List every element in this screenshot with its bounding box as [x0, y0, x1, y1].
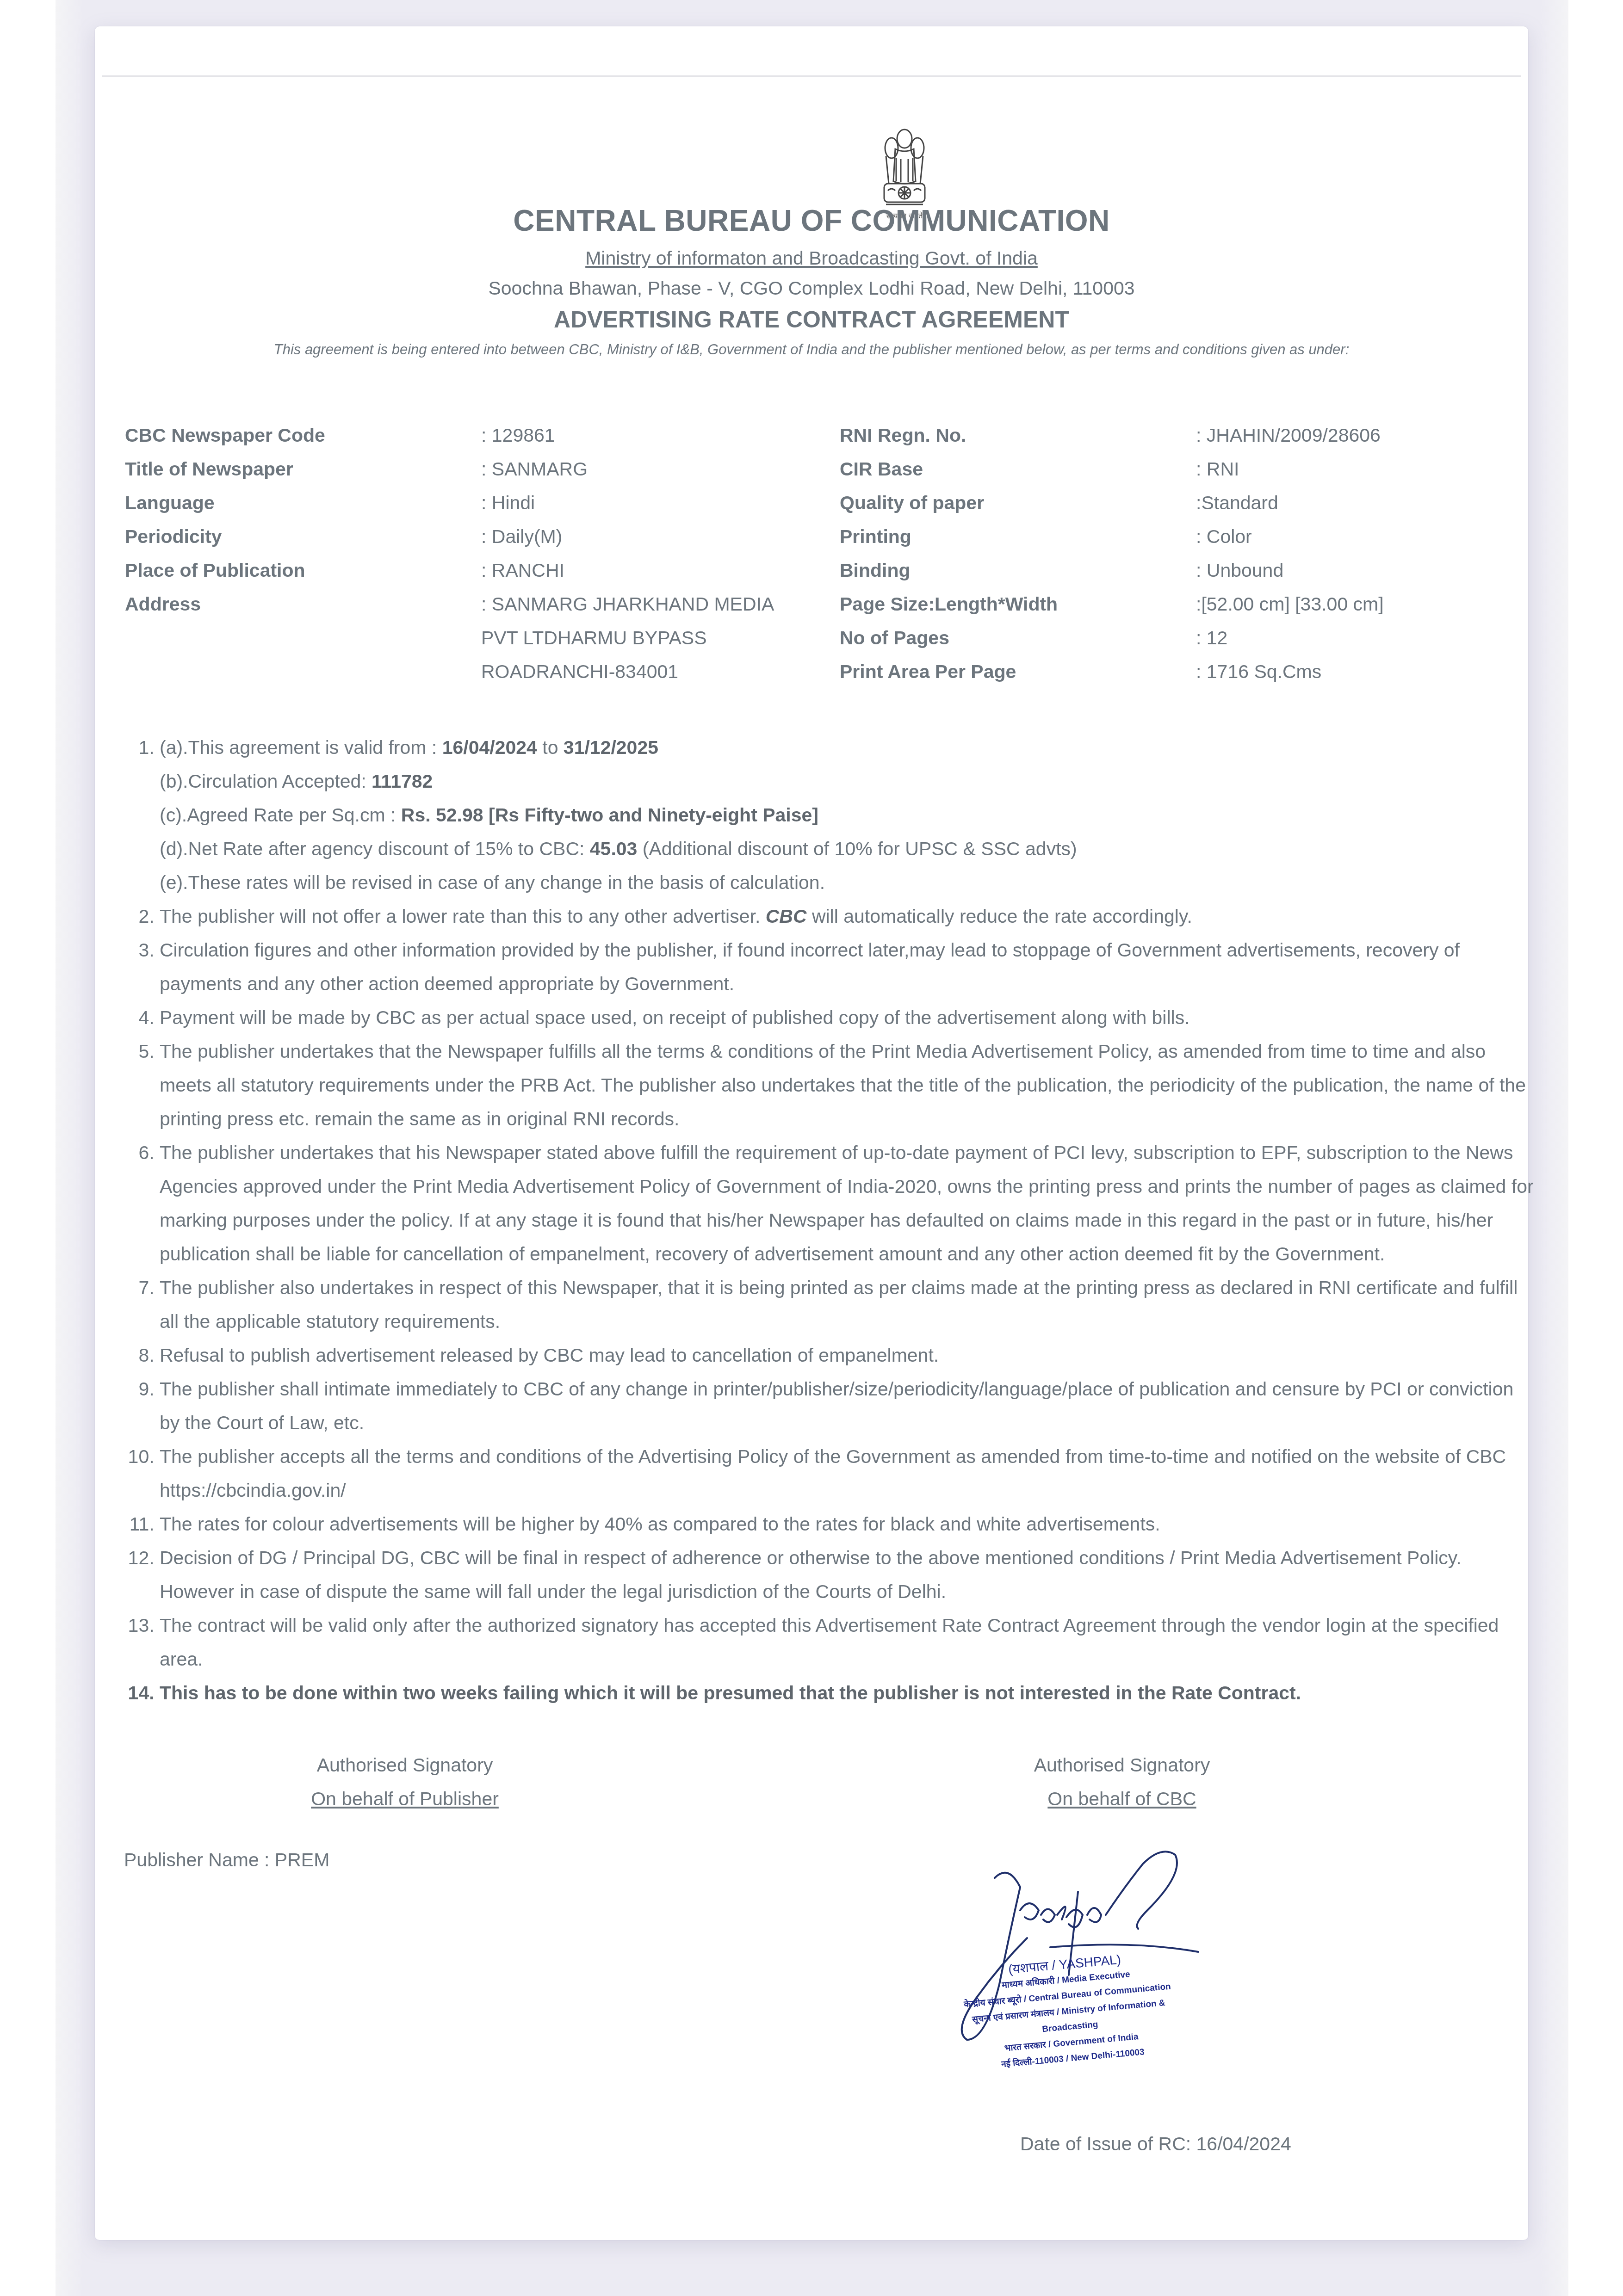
detail-value: : Unbound	[1196, 560, 1283, 581]
valid-to-date: 31/12/2025	[564, 737, 658, 758]
detail-value: : Daily(M)	[481, 526, 562, 548]
publisher-name: Publisher Name : PREM	[124, 1849, 329, 1871]
terms-list: (a).This agreement is valid from : 16/04…	[125, 731, 1536, 1710]
detail-label: Language	[125, 492, 215, 514]
publisher-signatory: Authorised Signatory On behalf of Publis…	[243, 1748, 567, 1816]
term-1: (a).This agreement is valid from : 16/04…	[160, 731, 1536, 900]
detail-label: Address	[125, 593, 201, 615]
detail-label: Quality of paper	[840, 492, 984, 514]
detail-value: PVT LTDHARMU BYPASS	[481, 627, 707, 649]
detail-value: : SANMARG JHARKHAND MEDIA	[481, 593, 774, 615]
detail-label: Title of Newspaper	[125, 458, 293, 480]
term-14: This has to be done within two weeks fai…	[160, 1676, 1536, 1710]
detail-label: Binding	[840, 560, 911, 581]
term-3: Circulation figures and other informatio…	[160, 933, 1536, 1001]
detail-label: No of Pages	[840, 627, 949, 649]
detail-value: : 129861	[481, 425, 555, 446]
agreed-rate: Rs. 52.98 [Rs Fifty-two and Ninety-eight…	[401, 804, 818, 826]
term-6: The publisher undertakes that his Newspa…	[160, 1136, 1536, 1271]
cbc-signatory: Authorised Signatory On behalf of CBC	[960, 1748, 1284, 1816]
detail-label: Print Area Per Page	[840, 661, 1016, 683]
detail-value: : Hindi	[481, 492, 535, 514]
ministry-line: Ministry of informaton and Broadcasting …	[0, 247, 1623, 269]
detail-label: Periodicity	[125, 526, 222, 548]
term-9: The publisher shall intimate immediately…	[160, 1372, 1536, 1440]
detail-value: : JHAHIN/2009/28606	[1196, 425, 1381, 446]
detail-value: : RNI	[1196, 458, 1239, 480]
intro-text: This agreement is being entered into bet…	[0, 341, 1623, 358]
net-rate: 45.03	[590, 838, 638, 859]
detail-value: :Standard	[1196, 492, 1278, 514]
detail-value: : RANCHI	[481, 560, 564, 581]
detail-value: :[52.00 cm] [33.00 cm]	[1196, 593, 1384, 615]
term-13: The contract will be valid only after th…	[160, 1609, 1536, 1676]
term-2: The publisher will not offer a lower rat…	[160, 900, 1536, 933]
term-4: Payment will be made by CBC as per actua…	[160, 1001, 1536, 1035]
document-title: ADVERTISING RATE CONTRACT AGREEMENT	[0, 306, 1623, 333]
term-10: The publisher accepts all the terms and …	[160, 1440, 1536, 1507]
detail-label: RNI Regn. No.	[840, 425, 966, 446]
detail-label: CIR Base	[840, 458, 923, 480]
official-stamp: (यशपाल / YASHPAL) माध्यम अधिकारी / Media…	[949, 1947, 1189, 2077]
term-11: The rates for colour advertisements will…	[160, 1507, 1536, 1541]
term-12: Decision of DG / Principal DG, CBC will …	[160, 1541, 1536, 1609]
term-8: Refusal to publish advertisement release…	[160, 1339, 1536, 1372]
top-divider	[102, 75, 1521, 77]
org-address: Soochna Bhawan, Phase - V, CGO Complex L…	[0, 278, 1623, 299]
detail-value: ROADRANCHI-834001	[481, 661, 678, 683]
detail-value: : Color	[1196, 526, 1252, 548]
detail-label: Printing	[840, 526, 911, 548]
detail-value: : SANMARG	[481, 458, 588, 480]
valid-from-date: 16/04/2024	[442, 737, 537, 758]
issue-date: Date of Issue of RC: 16/04/2024	[1020, 2133, 1291, 2155]
circulation-value: 111782	[372, 771, 433, 792]
detail-label: Page Size:Length*Width	[840, 593, 1058, 615]
detail-value: : 12	[1196, 627, 1227, 649]
term-7: The publisher also undertakes in respect…	[160, 1271, 1536, 1339]
detail-value: : 1716 Sq.Cms	[1196, 661, 1321, 683]
term-5: The publisher undertakes that the Newspa…	[160, 1035, 1536, 1136]
detail-label: CBC Newspaper Code	[125, 425, 325, 446]
detail-label: Place of Publication	[125, 560, 305, 581]
org-title: CENTRAL BUREAU OF COMMUNICATION	[0, 204, 1623, 238]
